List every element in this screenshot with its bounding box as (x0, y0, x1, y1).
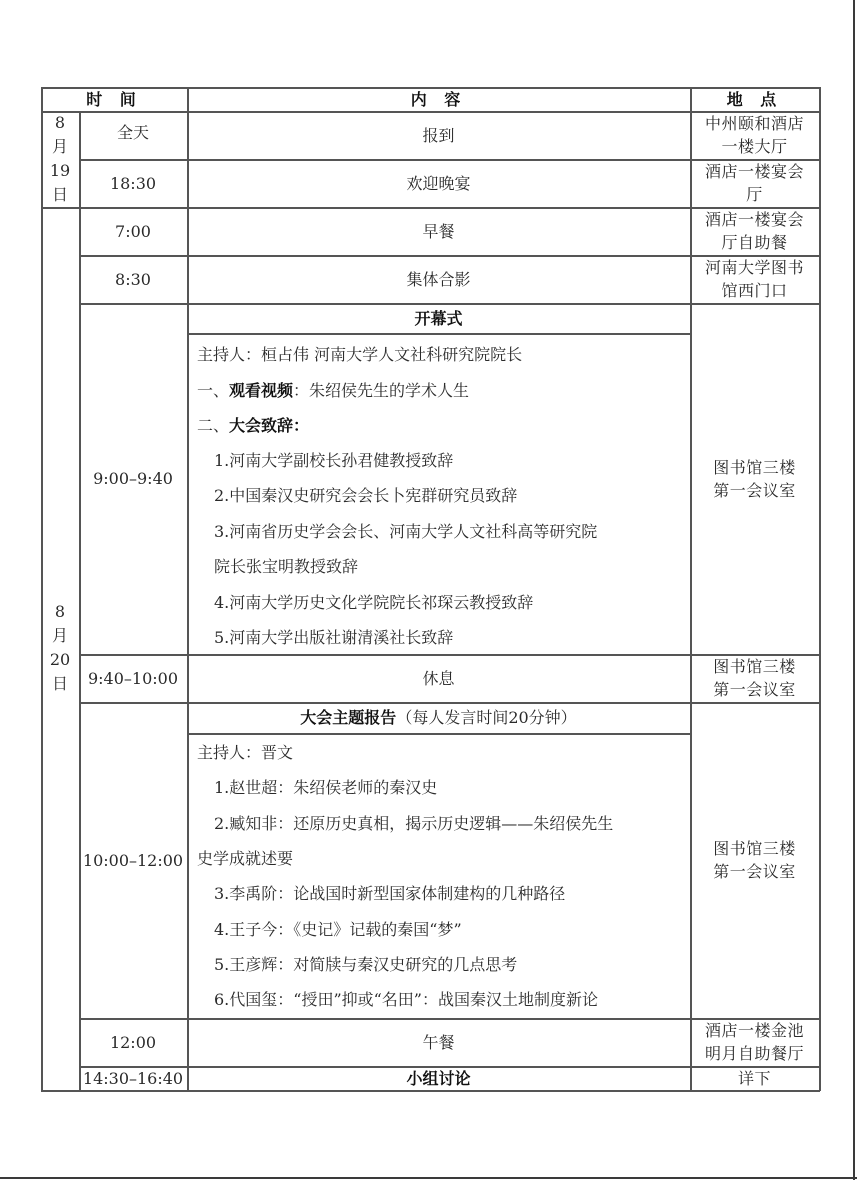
item-title: 大会致辞： (229, 416, 309, 435)
date-part: 8 (55, 600, 65, 624)
item-title: 观看视频 (229, 381, 293, 400)
location-cell: 图书馆三楼 第一会议室 (690, 654, 819, 702)
location-cell: 图书馆三楼 第一会议室 (690, 702, 819, 1018)
item-number: 一、 (197, 381, 229, 400)
location-line: 一楼大厅 (721, 135, 787, 158)
location-line: 第一会议室 (713, 678, 796, 701)
location-line: 第一会议室 (713, 860, 796, 883)
item-detail: ：朱绍侯先生的学术人生 (293, 381, 469, 400)
talk-item: 3.李禹阶：论战国时新型国家体制建构的几种路径 (214, 881, 565, 904)
speech-item: 2.中国秦汉史研究会会长卜宪群研究员致辞 (214, 483, 517, 506)
time-cell: 12:00 (79, 1018, 187, 1066)
talk-item: 2.臧知非：还原历史真相，揭示历史逻辑——朱绍侯先生 (214, 811, 613, 834)
date-part: 月 (52, 135, 68, 159)
content-cell: 小组讨论 (187, 1066, 690, 1090)
header-content: 内 容 (187, 87, 690, 111)
location-cell: 酒店一楼金池 明月自助餐厅 (690, 1018, 819, 1066)
opening-ceremony-title: 开幕式 (187, 303, 690, 333)
page-bottom-edge (0, 1177, 857, 1179)
speech-item: 4.河南大学历史文化学院院长祁琛云教授致辞 (214, 590, 533, 613)
host-line: 主持人：晋文 (197, 740, 293, 763)
talk-item: 6.代国玺：“授田”抑或“名田”：战国秦汉土地制度新论 (214, 987, 598, 1010)
date-part: 8 (55, 111, 65, 135)
location-line: 酒店一楼宴会 (705, 160, 804, 183)
date-part: 日 (52, 183, 68, 207)
date-part: 日 (52, 672, 68, 696)
location-cell: 详下 (690, 1066, 819, 1090)
location-line: 第一会议室 (713, 479, 796, 502)
time-cell: 18:30 (79, 159, 187, 207)
date-part: 19 (50, 159, 70, 183)
location-cell: 河南大学图书 馆西门口 (690, 255, 819, 303)
talk-item-continued: 史学成就述要 (197, 846, 293, 869)
time-cell: 全天 (79, 111, 187, 159)
host-line: 主持人：桓占伟 河南大学人文社科研究院院长 (197, 342, 522, 365)
talk-item: 5.王彦辉：对简牍与秦汉史研究的几点思考 (214, 952, 517, 975)
table-border-left (41, 87, 43, 1091)
location-cell: 酒店一楼宴会 厅 (690, 159, 819, 207)
page-right-edge (853, 0, 855, 1180)
table-border-right (819, 87, 821, 1091)
opening-ceremony-details: 主持人：桓占伟 河南大学人文社科研究院院长 一、观看视频：朱绍侯先生的学术人生 … (187, 333, 690, 654)
agenda-item-video: 一、观看视频：朱绍侯先生的学术人生 (197, 378, 469, 401)
talk-item: 4.王子今：《史记》记载的秦国“梦” (214, 917, 462, 940)
location-line: 厅 (746, 183, 763, 206)
time-cell: 9:40–10:00 (79, 654, 187, 702)
keynote-details: 主持人：晋文 1.赵世超：朱绍侯老师的秦汉史 2.臧知非：还原历史真相，揭示历史… (187, 733, 690, 1018)
location-line: 中州颐和酒店 (705, 112, 804, 135)
content-cell: 欢迎晚宴 (187, 159, 690, 207)
content-cell: 报到 (187, 111, 690, 159)
location-line: 酒店一楼金池 (705, 1019, 804, 1042)
time-cell: 10:00–12:00 (79, 702, 187, 1018)
location-line: 图书馆三楼 (713, 456, 796, 479)
date-part: 20 (50, 648, 70, 672)
speech-item: 5.河南大学出版社谢清溪社长致辞 (214, 625, 453, 648)
date-part: 月 (52, 624, 68, 648)
location-line: 河南大学图书 (705, 256, 804, 279)
time-cell: 7:00 (79, 207, 187, 255)
location-line: 图书馆三楼 (713, 837, 796, 860)
location-cell: 图书馆三楼 第一会议室 (690, 303, 819, 654)
location-cell: 中州颐和酒店 一楼大厅 (690, 111, 819, 159)
date-aug-20: 8 月 20 日 (41, 600, 79, 696)
time-cell: 14:30–16:40 (79, 1066, 187, 1090)
header-time: 时 间 (41, 87, 187, 111)
content-cell: 集体合影 (187, 255, 690, 303)
time-cell: 9:00–9:40 (79, 303, 187, 654)
talk-item: 1.赵世超：朱绍侯老师的秦汉史 (214, 775, 437, 798)
header-location: 地 点 (690, 87, 819, 111)
content-cell: 午餐 (187, 1018, 690, 1066)
location-line: 馆西门口 (721, 279, 787, 302)
content-cell: 休息 (187, 654, 690, 702)
location-line: 图书馆三楼 (713, 655, 796, 678)
agenda-item-speeches: 二、大会致辞： (197, 413, 309, 436)
keynote-title-main: 大会主题报告 (300, 706, 396, 729)
location-cell: 酒店一楼宴会 厅自助餐 (690, 207, 819, 255)
table-border-bottom (41, 1090, 820, 1092)
item-number: 二、 (197, 416, 229, 435)
location-line: 酒店一楼宴会 (705, 208, 804, 231)
location-line: 明月自助餐厅 (705, 1042, 804, 1065)
keynote-title-note: （每人发言时间20分钟） (396, 706, 576, 729)
speech-item-continued: 院长张宝明教授致辞 (214, 554, 358, 577)
time-cell: 8:30 (79, 255, 187, 303)
keynote-title: 大会主题报告（每人发言时间20分钟） (187, 702, 690, 733)
speech-item: 3.河南省历史学会会长、河南大学人文社科高等研究院 (214, 519, 597, 542)
date-aug-19: 8 月 19 日 (41, 111, 79, 207)
speech-item: 1.河南大学副校长孙君健教授致辞 (214, 448, 453, 471)
content-cell: 早餐 (187, 207, 690, 255)
location-line: 厅自助餐 (721, 231, 787, 254)
